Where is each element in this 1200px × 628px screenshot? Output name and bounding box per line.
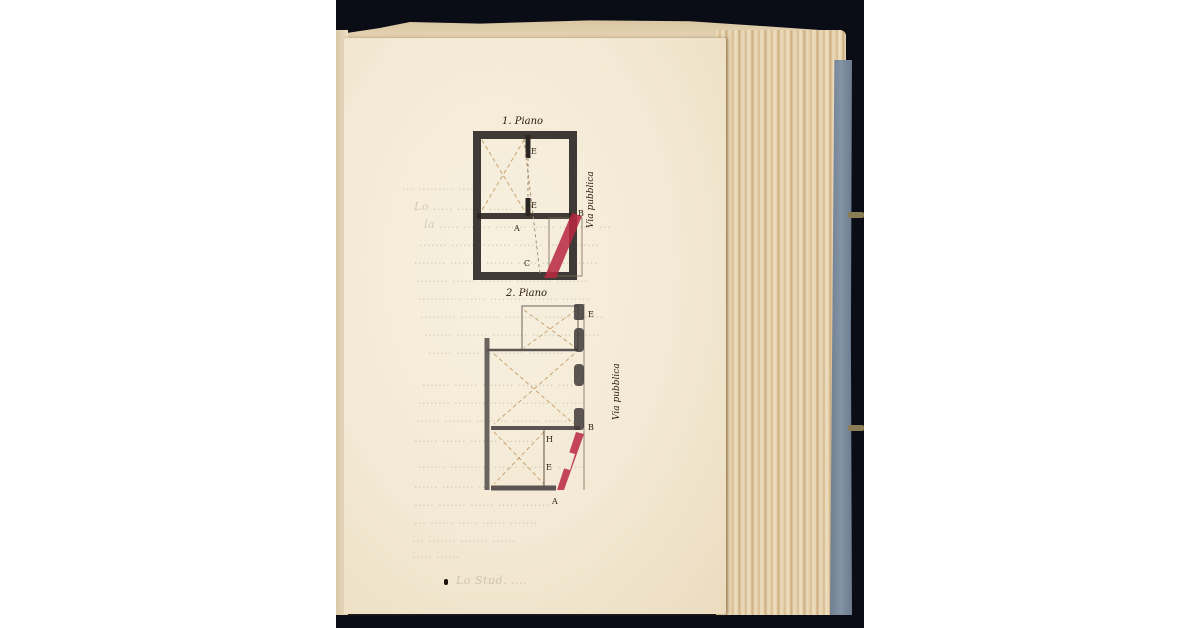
svg-text:E: E (531, 201, 537, 210)
manuscript-photo: ... ......... ...... Lo ..... ....... ..… (336, 0, 864, 628)
svg-text:B: B (588, 423, 594, 432)
svg-text:H: H (546, 435, 553, 444)
floor-plan-1: E E A B C (477, 135, 584, 278)
binding-tie (848, 212, 864, 218)
binding-tie (848, 425, 864, 431)
svg-text:E: E (588, 310, 594, 319)
page-stack-edges (716, 30, 846, 615)
floor-plan-sketches: E E A B C (344, 38, 726, 614)
svg-text:C: C (524, 259, 530, 268)
svg-text:B: B (578, 209, 584, 218)
manuscript-page: ... ......... ...... Lo ..... ....... ..… (344, 38, 726, 614)
svg-text:A: A (513, 224, 520, 233)
svg-text:A: A (551, 497, 558, 506)
svg-text:E: E (546, 463, 552, 472)
floor-plan-2: E B H E A (487, 304, 594, 506)
svg-text:E: E (531, 147, 537, 156)
